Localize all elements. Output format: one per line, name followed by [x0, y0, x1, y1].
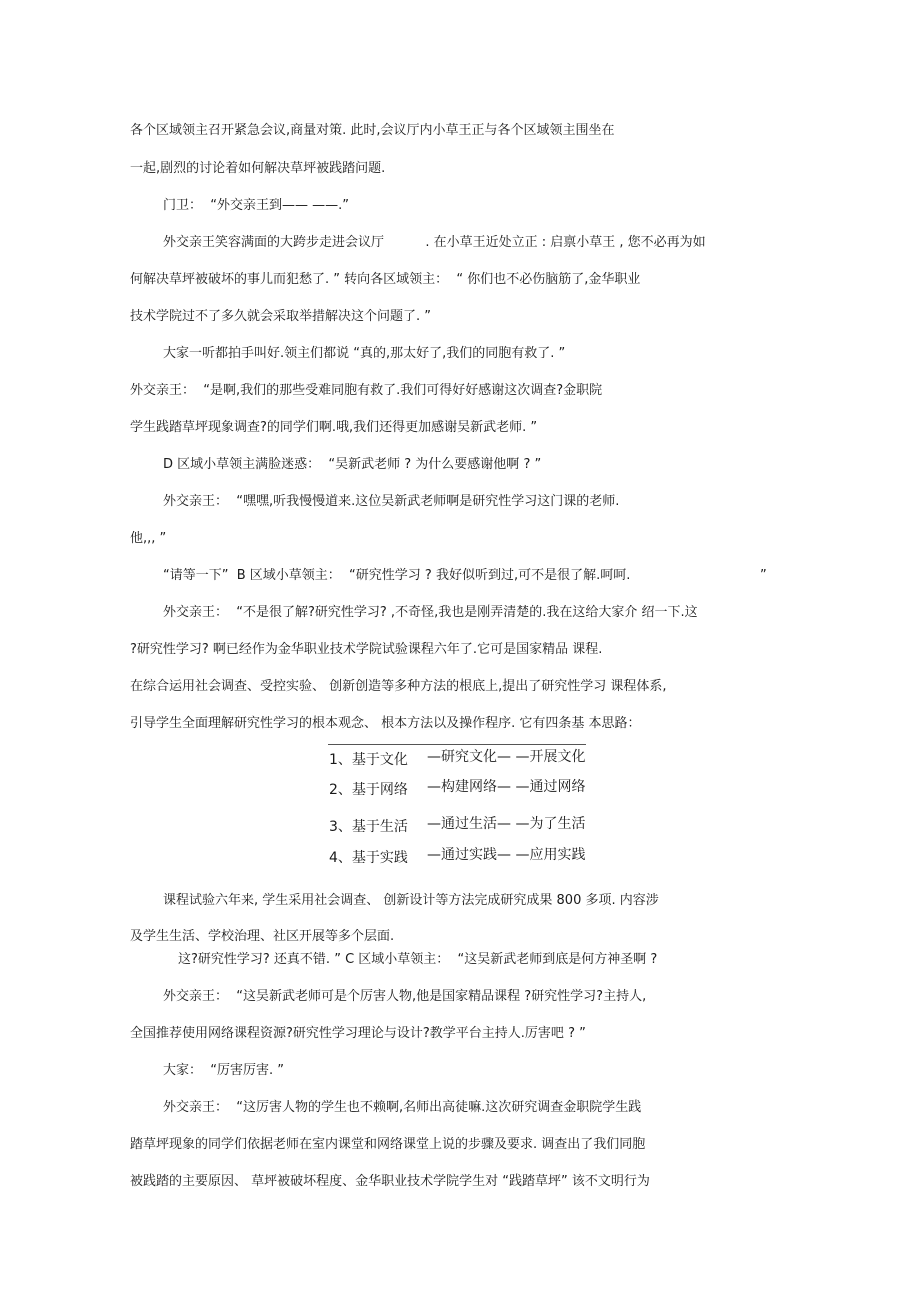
paragraph-line: 这?研究性学习? 还真不错. ” C 区域小草领主： “这吴新武老师到底是何方神… — [178, 952, 657, 968]
paragraph-line: 引导学生全面理解研究性学习的根本观念、 根本方法以及操作程序. 它有四条基 本思… — [130, 716, 641, 732]
principle-description: —通过实践— —应用实践 — [427, 847, 585, 863]
paragraph-line: 被践踏的主要原因、 草坪被破坏程度、金华职业技术学院学生对 “践踏草坪” 该不文… — [130, 1174, 650, 1190]
principle-label: 3、基于生活 — [329, 819, 408, 835]
paragraph-line: 外交亲王： “这吴新武老师可是个厉害人物,他是国家精品课程 ?研究性学习?主持人… — [163, 989, 646, 1005]
paragraph-line: 何解决草坪被破坏的事儿而犯愁了. ” 转向各区域领主： “ 你们也不必伤脑筋了,… — [130, 272, 640, 288]
paragraph-line: 外交亲王： “嘿嘿,听我慢慢道来.这位吴新武老师啊是研究性学习这门课的老师. — [163, 494, 619, 510]
paragraph-line: 大家： “厉害厉害. ” — [163, 1063, 284, 1079]
paragraph-line: 课程试验六年来, 学生采用社会调查、 创新设计等方法完成研究成果 800 多项.… — [163, 893, 659, 909]
paragraph-line: 各个区域领主召开紧急会议,商量对策. 此时,会议厅内小草王正与各个区域领主围坐在 — [130, 123, 615, 139]
paragraph-line: 门卫： “外交亲王到—— ——.” — [163, 198, 349, 214]
paragraph-line: 外交亲王： “这厉害人物的学生也不赖啊,名师出高徒嘛.这次研究调查金职院学生践 — [163, 1100, 641, 1116]
paragraph-line: “请等一下” B 区域小草领主： “研究性学习 ? 我好似听到过,可不是很了解.… — [163, 568, 630, 584]
list-separator-line — [328, 744, 586, 745]
principle-label: 1、基于文化 — [329, 752, 408, 768]
principle-label: 4、基于实践 — [329, 850, 408, 866]
principle-description: —构建网络— —通过网络 — [427, 779, 585, 795]
paragraph-line: 大家一听都拍手叫好.领主们都说 “真的,那太好了,我们的同胞有救了. ” — [163, 346, 565, 362]
paragraph-line: ?研究性学习? 啊已经作为金华职业技术学院试验课程六年了.它可是国家精品 课程. — [130, 642, 602, 658]
paragraph-line: 踏草坪现象的同学们依据老师在室内课堂和网络课堂上说的步骤及要求. 调查出了我们同… — [130, 1137, 645, 1153]
paragraph-line: 全国推荐使用网络课程资源?研究性学习理论与设计?教学平台主持人.厉害吧 ? ” — [130, 1026, 586, 1042]
principle-description: —研究文化— —开展文化 — [427, 749, 585, 765]
paragraph-line: 他,,, ” — [130, 531, 166, 547]
paragraph-line: 外交亲王笑容满面的大跨步走进会议厅 . 在小草王近处立正 : 启禀小草王 , 您… — [163, 235, 706, 251]
paragraph-line: 一起,剧烈的讨论着如何解决草坪被践踏问题. — [130, 161, 385, 177]
paragraph-line: 外交亲王： “不是很了解?研究性学习? ,不奇怪,我也是刚弄清楚的.我在这给大家… — [163, 605, 698, 621]
paragraph-line: 外交亲王： “是啊,我们的那些受难同胞有救了.我们可得好好感谢这次调查?金职院 — [130, 383, 602, 399]
paragraph-line: 在综合运用社会调查、受控实验、 创新创造等多种方法的根底上,提出了研究性学习 课… — [130, 679, 667, 695]
paragraph-line: 及学生生活、学校治理、社区开展等多个层面. — [130, 929, 394, 945]
principle-description: —通过生活— —为了生活 — [427, 816, 585, 832]
paragraph-line: 技术学院过不了多久就会采取举措解决这个问题了. ” — [130, 309, 431, 325]
principle-label: 2、基于网络 — [329, 782, 408, 798]
trailing-quote-mark: ” — [760, 568, 767, 584]
paragraph-line: D 区域小草领主满脸迷惑： “吴新武老师 ? 为什么要感谢他啊 ? ” — [163, 457, 541, 473]
paragraph-line: 学生践踏草坪现象调查?的同学们啊.哦,我们还得更加感谢吴新武老师. ” — [130, 420, 537, 436]
